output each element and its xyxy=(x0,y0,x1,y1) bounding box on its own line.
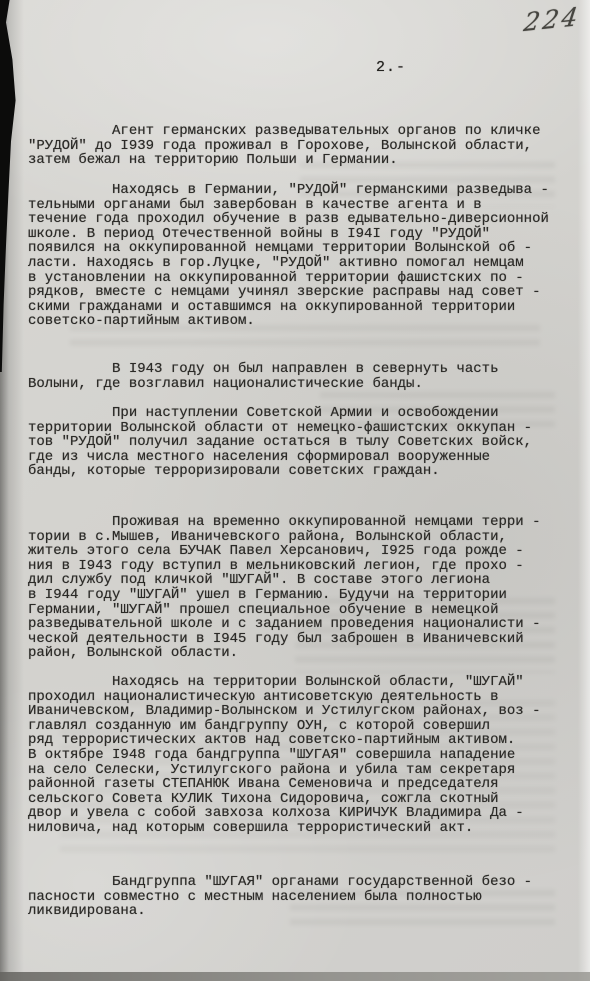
paragraph-6: Находясь на территории Волынской области… xyxy=(28,675,573,836)
paragraph-2: Находясь в Германии, "РУДОЙ" германскими… xyxy=(28,183,573,329)
ink-bleedthrough xyxy=(70,325,540,353)
paragraph-4: При наступлении Советской Армии и освобо… xyxy=(28,406,573,479)
scan-bottom-edge-band xyxy=(0,972,590,981)
paragraph-5: Проживая на временно оккупированной немц… xyxy=(28,515,573,661)
scanned-document-page: 224 2.- Агент германских разведывательны… xyxy=(0,0,590,981)
page-number: 2.- xyxy=(376,59,406,76)
paragraph-7: Бандгруппа "ШУГАЯ" органами государствен… xyxy=(28,875,573,919)
scan-right-edge-highlight xyxy=(578,0,590,981)
paragraph-3: В I943 году он был направлен в севернуть… xyxy=(28,362,573,391)
paragraph-1: Агент германских разведывательных органо… xyxy=(28,124,573,168)
folio-number-handwritten: 224 xyxy=(522,2,583,38)
